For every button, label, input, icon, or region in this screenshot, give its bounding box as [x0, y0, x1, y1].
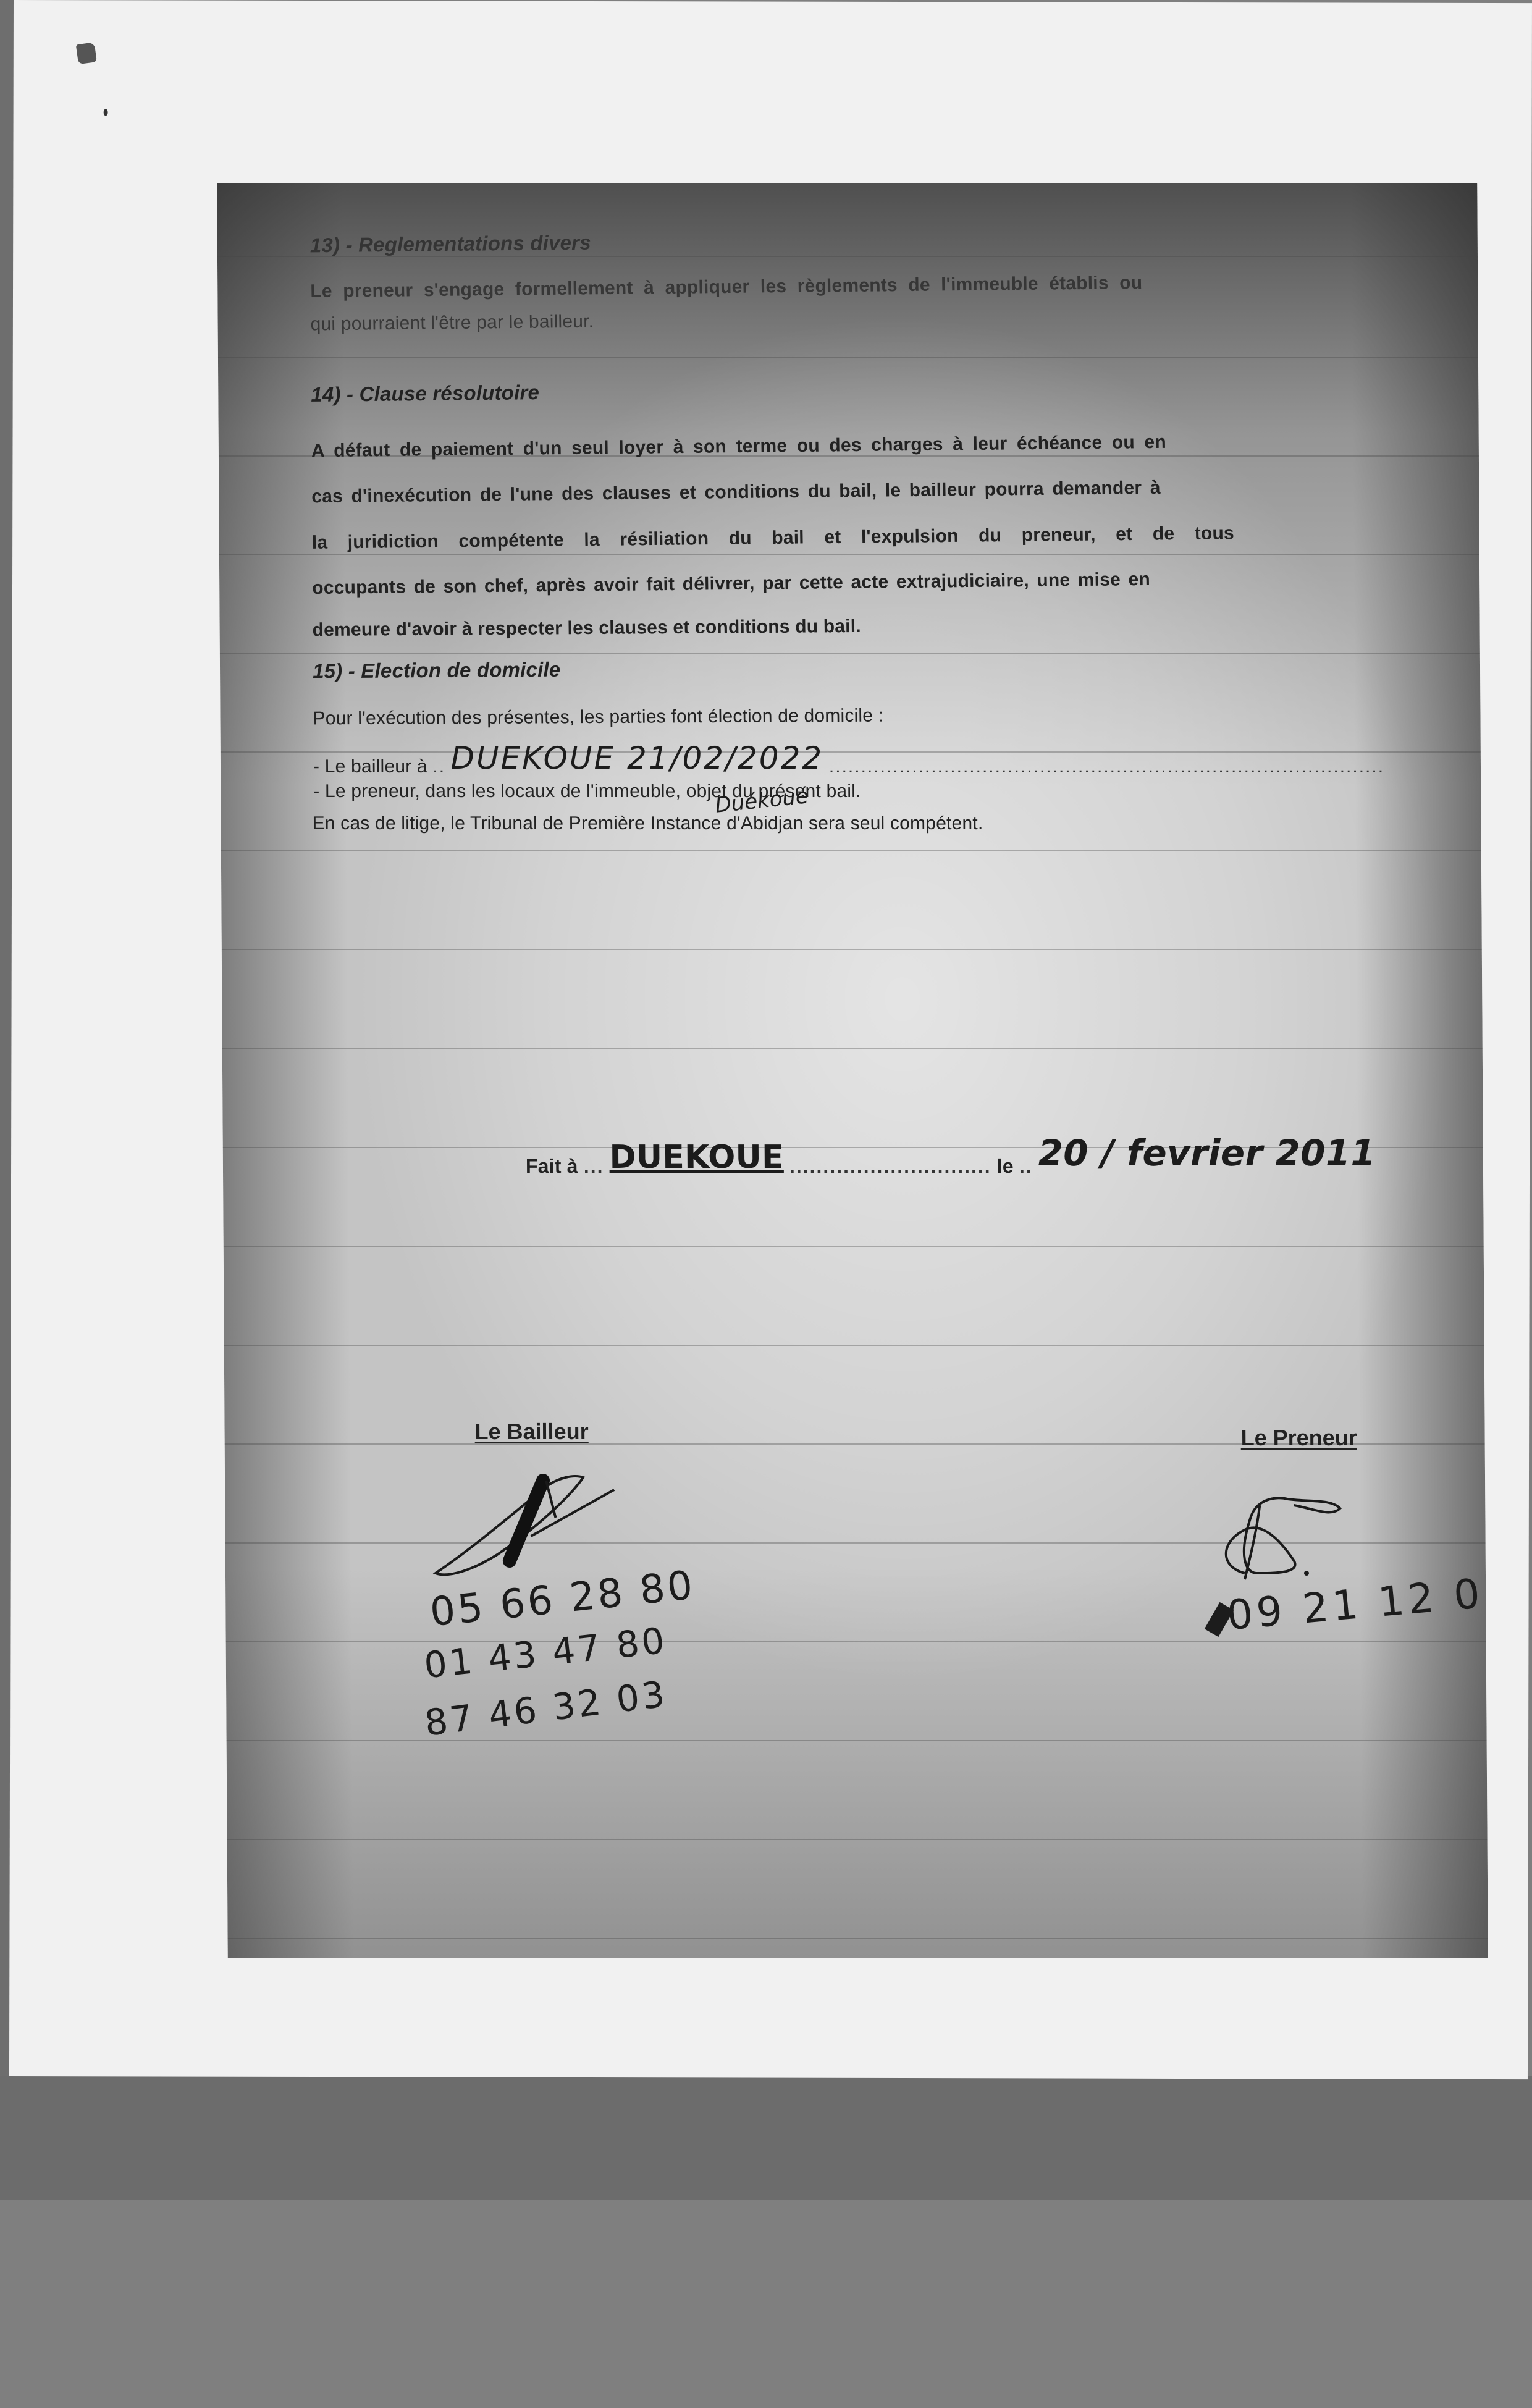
section-14-body-line: cas d'inexécution de l'une des clauses e…: [311, 478, 1161, 507]
section-14-body-line: la juridiction compétente la résiliation…: [312, 523, 1235, 554]
ruled-line: [221, 850, 1481, 851]
ruled-line: [226, 1641, 1486, 1642]
ruled-line: [218, 357, 1478, 358]
section-14-heading: 14) - Clause résolutoire: [311, 381, 539, 407]
photocopied-page: 13) - Reglementations divers Le preneur …: [217, 183, 1488, 1958]
ruled-line: [228, 1938, 1488, 1939]
ruled-line: [220, 653, 1480, 654]
staple-hole-icon: [104, 109, 108, 116]
ruled-line: [224, 1246, 1484, 1247]
bailleur-phone-3: 87 46 32 03: [423, 1673, 670, 1744]
bailleur-domicile-handwritten: DUEKOUE 21/02/2022: [450, 740, 823, 776]
bailleur-label: Le Bailleur: [474, 1419, 588, 1445]
preneur-signature-icon: [1207, 1481, 1368, 1592]
section-14-body-line: occupants de son chef, après avoir fait …: [312, 569, 1150, 599]
section-15-heading: 15) - Election de domicile: [313, 658, 561, 683]
ruled-line: [219, 554, 1479, 555]
scanner-bed: [0, 2076, 1532, 2200]
fait-a-line: Fait à ... DUEKOUE .....................…: [526, 1139, 1376, 1181]
litige-clause: En cas de litige, le Tribunal de Premièr…: [312, 813, 983, 834]
ruled-line: [227, 1740, 1487, 1741]
ruled-line: [222, 949, 1482, 950]
date-handwritten: 20 / fevrier 2011: [1038, 1132, 1376, 1174]
fait-a-handwritten: DUEKOUE: [609, 1139, 784, 1176]
bailleur-signature-icon: [429, 1468, 633, 1586]
ruled-line: [227, 1839, 1488, 1840]
domicile-intro: Pour l'exécution des présentes, les part…: [313, 706, 883, 730]
section-13-heading: 13) - Reglementations divers: [310, 231, 591, 258]
ruled-line: [222, 1048, 1483, 1049]
staple-mark-icon: [76, 42, 97, 64]
section-14-body-line: demeure d'avoir à respecter les clauses …: [312, 616, 861, 641]
section-13-body-line: qui pourraient l'être par le bailleur.: [310, 311, 594, 336]
preneur-label: Le Preneur: [1241, 1425, 1357, 1451]
section-14-body-line: A défaut de paiement d'un seul loyer à s…: [311, 432, 1166, 462]
bailleur-domicile-line: - Le bailleur à .. DUEKOUE 21/02/2022 ..…: [313, 744, 1384, 780]
ruled-line: [224, 1345, 1484, 1346]
section-13-body-line: Le preneur s'engage formellement à appli…: [310, 272, 1142, 302]
